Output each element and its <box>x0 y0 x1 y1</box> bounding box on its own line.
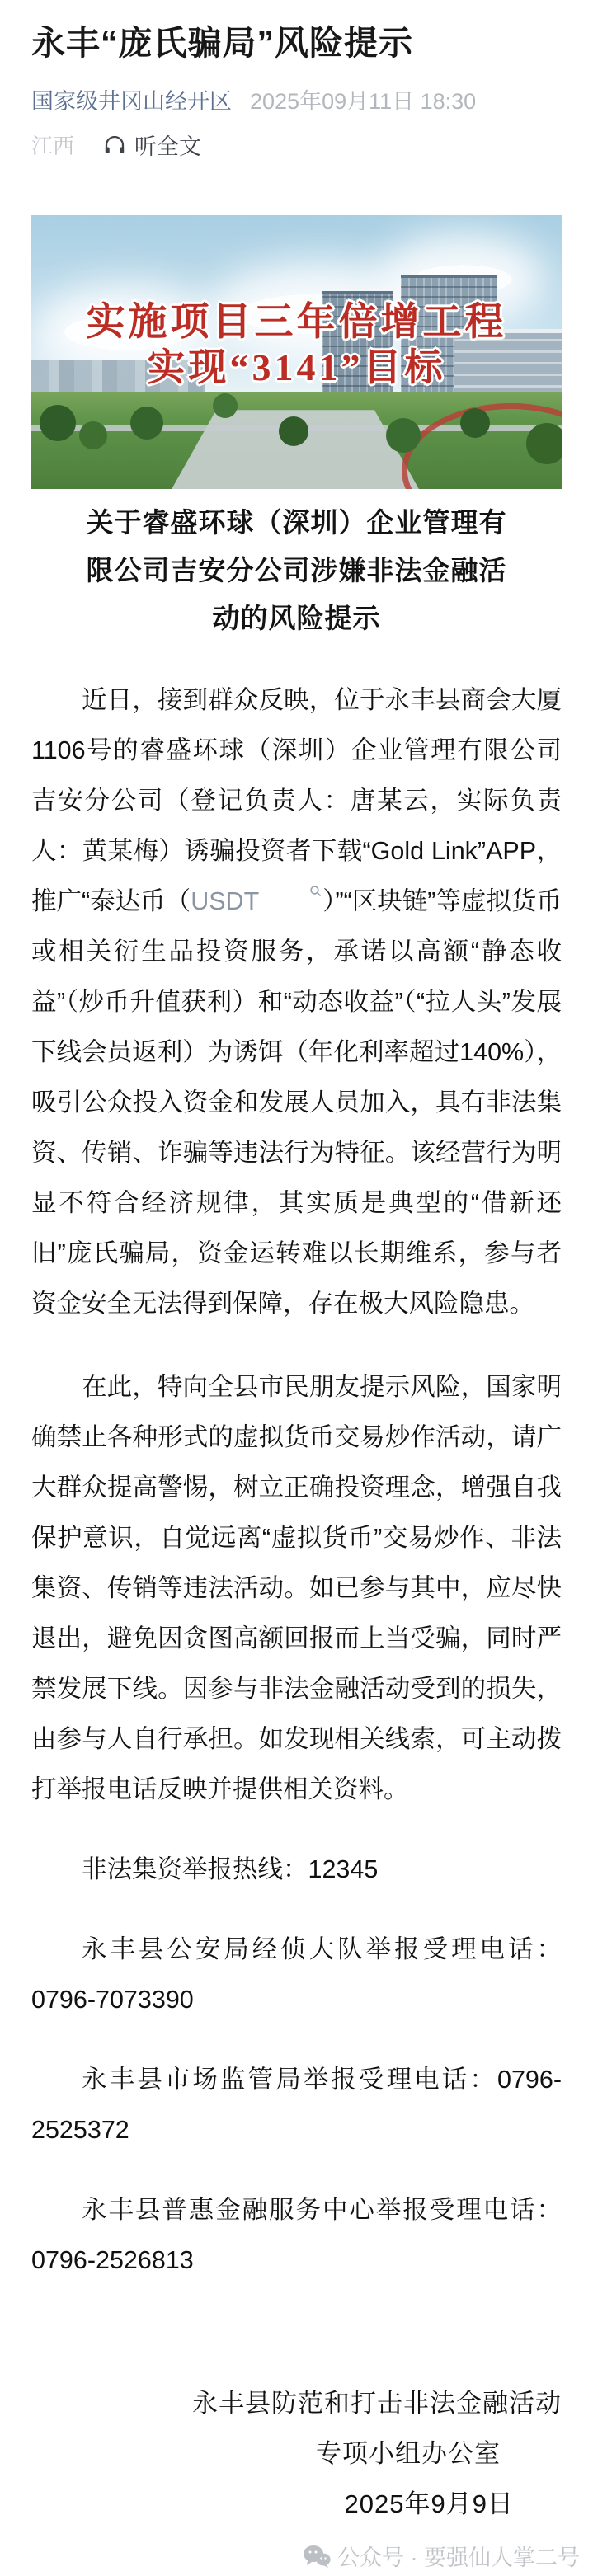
account-watermark: 公众号 · 要强仙人掌二号 <box>303 2540 580 2572</box>
account-name-link[interactable]: 国家级井冈山经开区 <box>31 83 232 115</box>
keyword-search-icon[interactable] <box>259 885 322 898</box>
location-label: 江西 <box>31 129 74 160</box>
tree <box>386 418 421 453</box>
signature-org-line1: 永丰县防范和打击非法金融活动 <box>31 2378 562 2428</box>
banner-image[interactable]: 实施项目三年倍增工程 实现“3141”目标 <box>31 215 562 489</box>
headphone-icon <box>102 133 134 157</box>
paragraph-1: 近日，接到群众反映，位于永丰县商会大厦1106号的睿盛环球（深圳）企业管理有限公… <box>31 675 562 1329</box>
hotline-public-security: 永丰县公安局经侦大队举报受理电话：0796-7073390 <box>31 1925 562 2025</box>
signature-block: 永丰县防范和打击非法金融活动 专项小组办公室 2025年9月9日 <box>31 2378 562 2529</box>
hotline-inclusive-finance: 永丰县普惠金融服务中心举报受理电话：0796-2526813 <box>31 2185 562 2286</box>
signature-date: 2025年9月9日 <box>31 2479 562 2529</box>
watermark-text: 公众号 · 要强仙人掌二号 <box>337 2540 580 2572</box>
hotline-market-regulation: 永丰县市场监管局举报受理电话：0796-2525372 <box>31 2055 562 2155</box>
listen-full-text-label: 听全文 <box>134 129 201 161</box>
usdt-keyword[interactable]: USDT <box>191 887 259 915</box>
document-heading: 关于睿盛环球（深圳）企业管理有限公司吉安分公司涉嫌非法金融活动的风险提示 <box>82 499 512 642</box>
article-meta: 国家级井冈山经开区 2025年09月11日 18:30 <box>31 83 562 115</box>
signature-org-line2: 专项小组办公室 <box>31 2428 562 2479</box>
hotline-illegal-fundraising: 非法集资举报热线：12345 <box>31 1845 562 1895</box>
article-title: 永丰“庞氏骗局”风险提示 <box>31 21 562 65</box>
tree <box>40 405 76 441</box>
article-page: 永丰“庞氏骗局”风险提示 国家级井冈山经开区 2025年09月11日 18:30… <box>0 0 593 2529</box>
paragraph-1-text-continued: ）”“区块链”等虚拟货币或相关衍生品投资服务，承诺以高额“静态收益”（炒币升值获… <box>31 887 562 1318</box>
banner-slogan-line2: 实现“3141”目标 <box>31 337 562 392</box>
article-meta-second-row: 江西 听全文 <box>31 129 562 161</box>
paragraph-1-text: 近日，接到群众反映，位于永丰县商会大厦1106号的睿盛环球（深圳）企业管理有限公… <box>31 686 562 915</box>
listen-full-text-button[interactable]: 听全文 <box>102 129 201 161</box>
publish-time: 2025年09月11日 18:30 <box>250 83 476 115</box>
paragraph-2: 在此，特向全县市民朋友提示风险，国家明确禁止各种形式的虚拟货币交易炒作活动，请广… <box>31 1362 562 1815</box>
wechat-logo-icon <box>303 2544 337 2569</box>
